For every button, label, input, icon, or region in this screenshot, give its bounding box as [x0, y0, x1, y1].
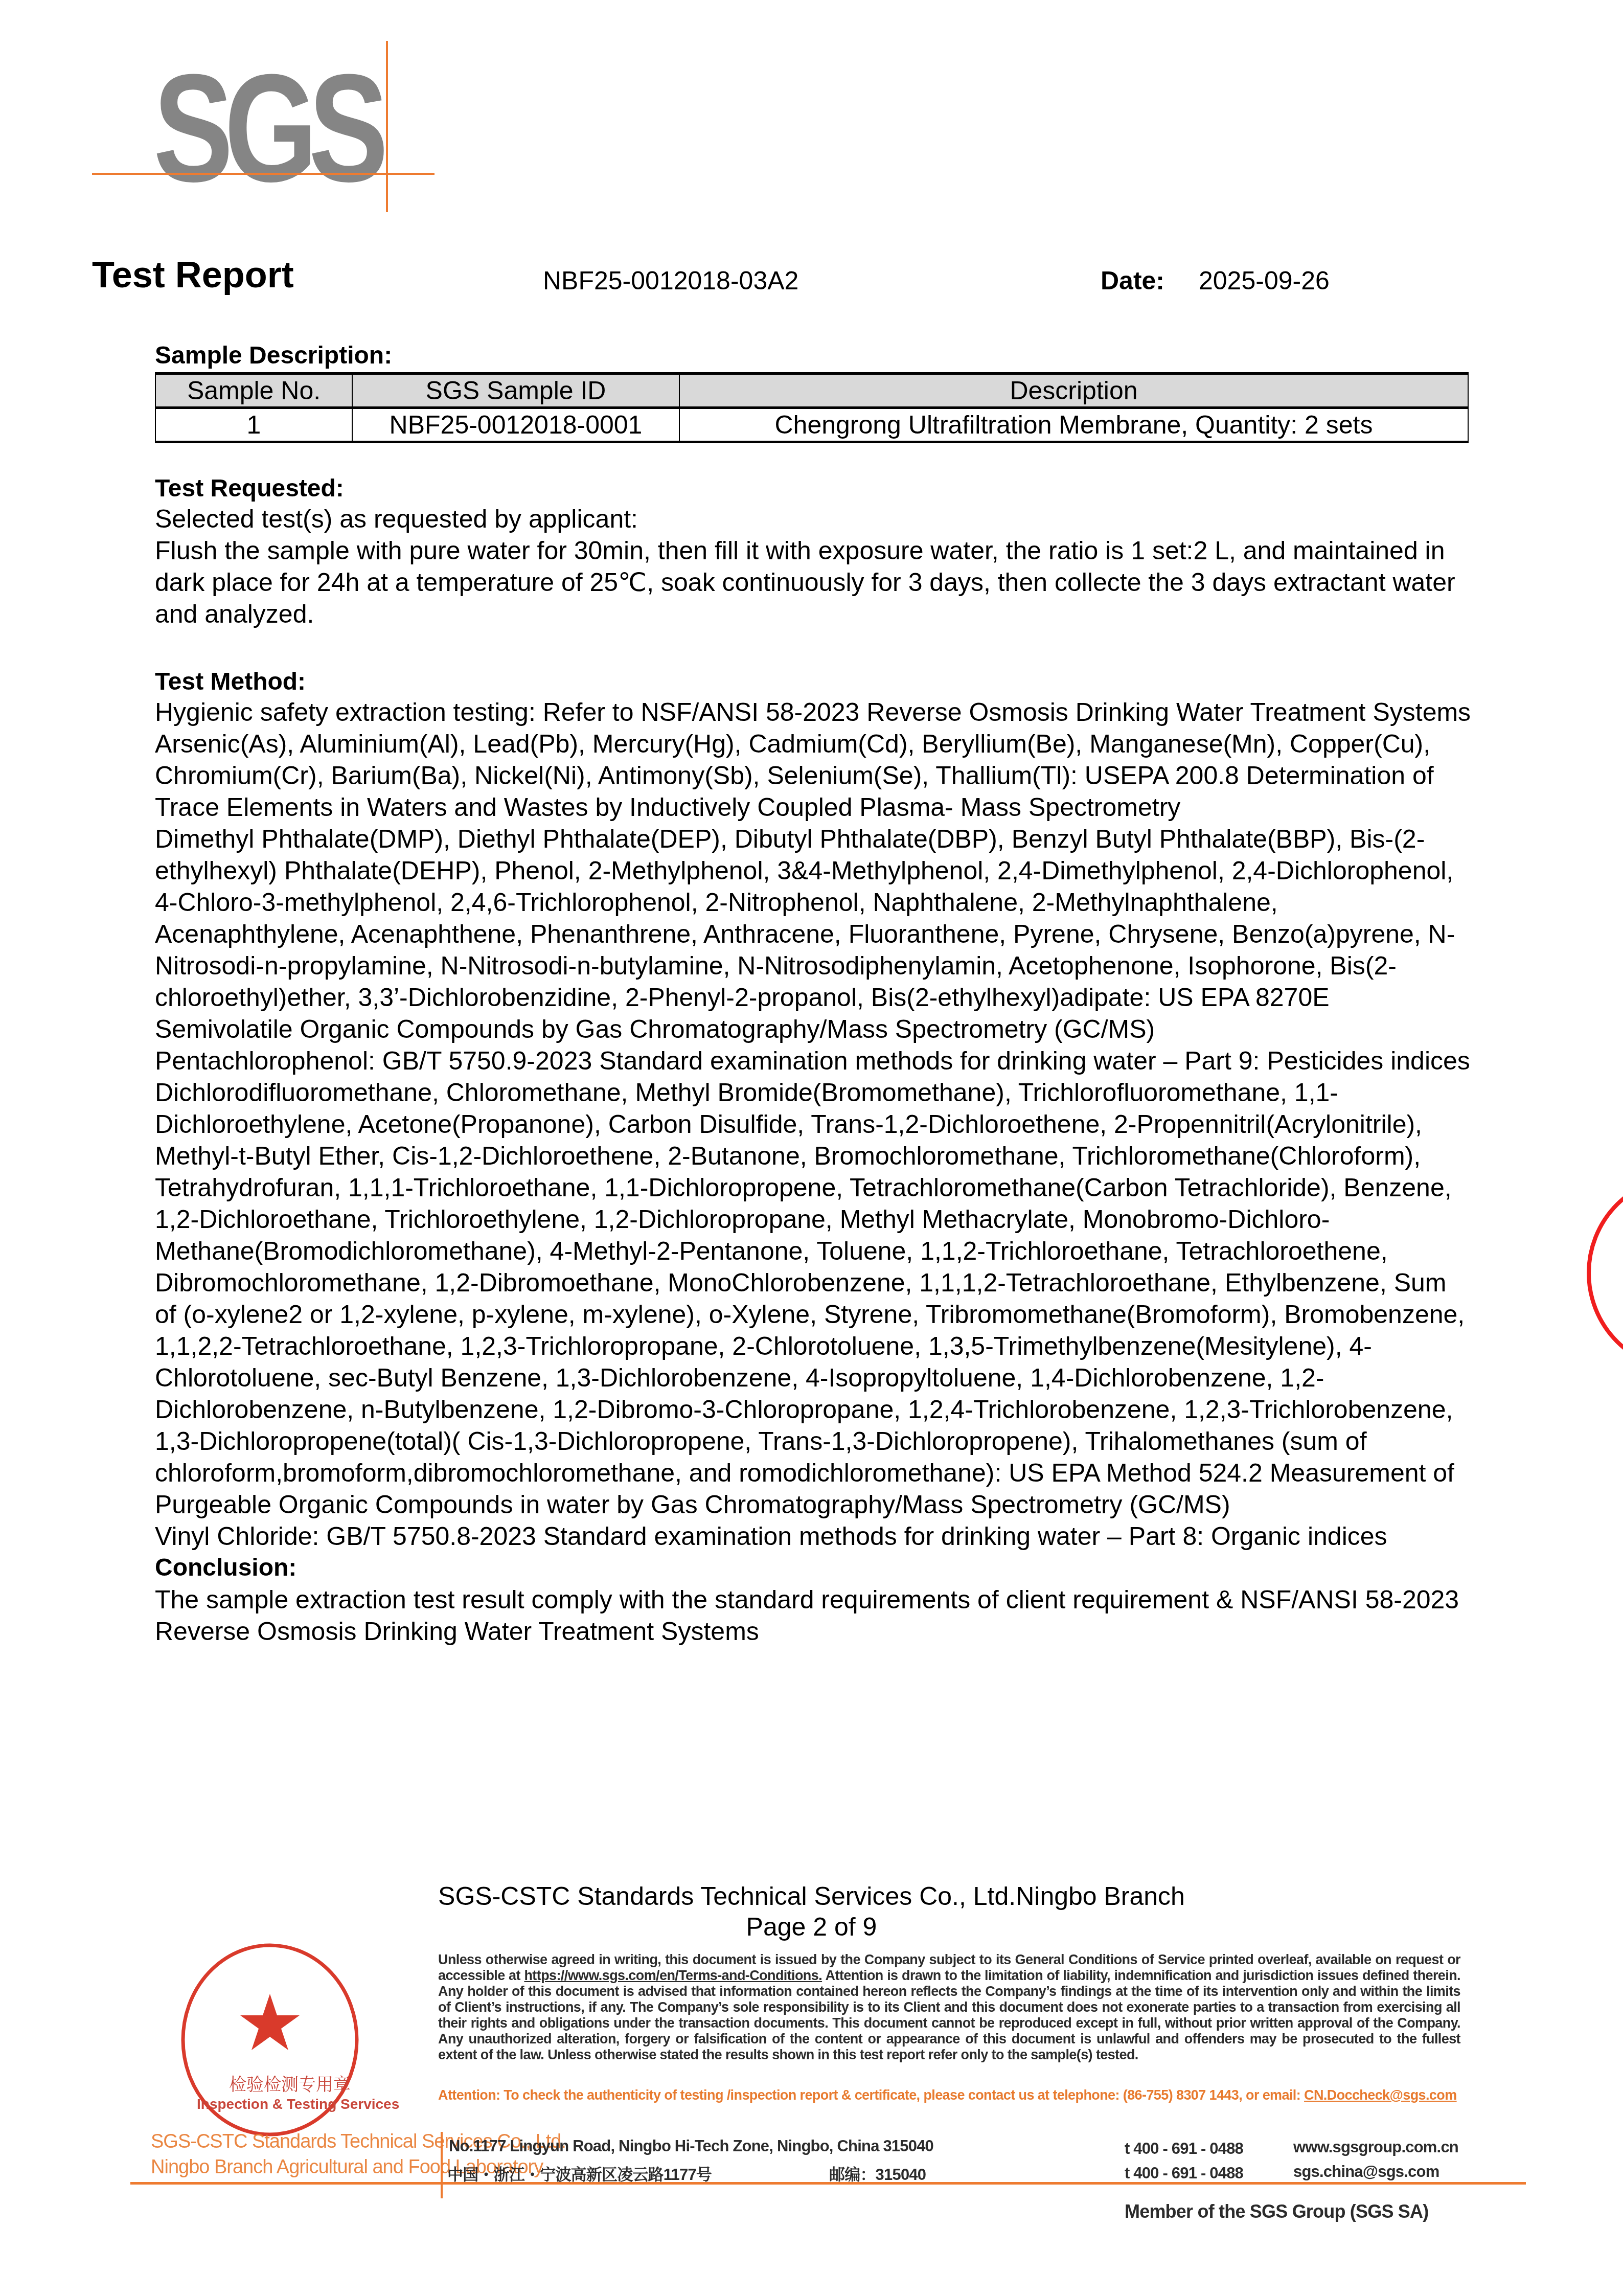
logo-vertical-rule — [386, 41, 388, 212]
attention-text: Attention: To check the authenticity of … — [438, 2087, 1304, 2103]
test-method-paragraph: Arsenic(As), Aluminium(Al), Lead(Pb), Me… — [155, 728, 1474, 823]
column-header-sample-no: Sample No. — [155, 374, 352, 408]
sample-description-heading: Sample Description: — [155, 342, 392, 370]
legal-disclaimer: Unless otherwise agreed in writing, this… — [438, 1952, 1460, 2063]
test-requested-body: Selected test(s) as requested by applica… — [155, 503, 1474, 630]
sgs-logo: SGS — [92, 41, 440, 204]
address-cn: 中国・浙江・宁波高新区凌云路1177号 — [447, 2162, 712, 2185]
cell-description: Chengrong Ultrafiltration Membrane, Quan… — [679, 408, 1468, 442]
report-date: 2025-09-26 — [1199, 266, 1330, 295]
phone-2: t 400 - 691 - 0488 — [1125, 2164, 1243, 2183]
authenticity-notice: Attention: To check the authenticity of … — [438, 2087, 1471, 2103]
test-requested-line: Flush the sample with pure water for 30m… — [155, 535, 1474, 630]
test-method-paragraph: Hygienic safety extraction testing: Refe… — [155, 696, 1474, 728]
address-divider-horizontal — [130, 2182, 1526, 2185]
postcode-cn: 邮编：315040 — [829, 2162, 926, 2185]
column-header-description: Description — [679, 374, 1468, 408]
address-divider-vertical — [441, 2132, 443, 2198]
cell-sample-no: 1 — [155, 408, 352, 442]
conclusion-text: The sample extraction test result comply… — [155, 1584, 1474, 1647]
table-row: 1 NBF25-0012018-0001 Chengrong Ultrafilt… — [155, 408, 1468, 442]
contact-email-link[interactable]: sgs.china@sgs.com — [1293, 2163, 1439, 2181]
column-header-sgs-sample-id: SGS Sample ID — [352, 374, 679, 408]
test-requested-line: Selected test(s) as requested by applica… — [155, 503, 1474, 535]
address-en: No.1177 Lingyun Road, Ningbo Hi-Tech Zon… — [449, 2137, 933, 2155]
test-method-body: Hygienic safety extraction testing: Refe… — [155, 696, 1474, 1647]
seal-text-en: Inspection & Testing Services — [197, 2096, 399, 2112]
test-method-paragraph: Dichlorodifluoromethane, Chloromethane, … — [155, 1077, 1474, 1520]
table-header-row: Sample No. SGS Sample ID Description — [155, 374, 1468, 408]
page-title: Test Report — [92, 254, 294, 296]
logo-horizontal-rule — [92, 173, 435, 175]
terms-link[interactable]: https://www.sgs.com/en/Terms-and-Conditi… — [524, 1968, 822, 1983]
website-link[interactable]: www.sgsgroup.com.cn — [1293, 2138, 1458, 2156]
cell-sgs-sample-id: NBF25-0012018-0001 — [352, 408, 679, 442]
sample-table: Sample No. SGS Sample ID Description 1 N… — [155, 372, 1469, 443]
conclusion-heading: Conclusion: — [155, 1552, 1474, 1584]
doccheck-email-link[interactable]: CN.Doccheck@sgs.com — [1304, 2087, 1457, 2103]
seal-text-cn: 检验检测专用章 — [229, 2071, 351, 2096]
test-requested-heading: Test Requested: — [155, 474, 344, 503]
date-label: Date: — [1101, 266, 1164, 295]
phone-1: t 400 - 691 - 0488 — [1125, 2140, 1243, 2158]
test-method-heading: Test Method: — [155, 668, 306, 696]
test-method-paragraph: Dimethyl Phthalate(DMP), Diethyl Phthala… — [155, 823, 1474, 1045]
member-statement: Member of the SGS Group (SGS SA) — [1125, 2201, 1428, 2222]
report-number: NBF25-0012018-03A2 — [543, 266, 798, 295]
footer-company: SGS-CSTC Standards Technical Services Co… — [0, 1881, 1623, 1911]
partial-seal-icon — [1584, 1171, 1623, 1375]
test-method-paragraph: Pentachlorophenol: GB/T 5750.9-2023 Stan… — [155, 1045, 1474, 1077]
test-method-paragraph: Vinyl Chloride: GB/T 5750.8-2023 Standar… — [155, 1520, 1474, 1552]
